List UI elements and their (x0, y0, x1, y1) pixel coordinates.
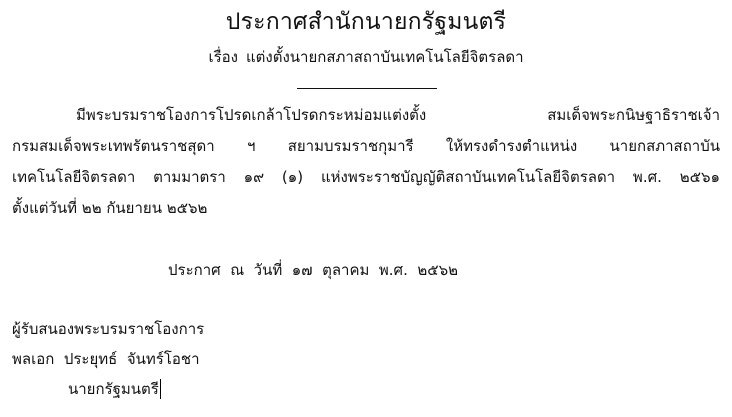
body-line: เทคโนโลยีจิตรลดา ตามมาตรา ๑๙ (๑) แห่งพระ… (12, 162, 720, 193)
body-line: มีพระบรมราชโองการโปรดเกล้าโปรดกระหม่อมแต… (12, 100, 720, 131)
announcement-body: มีพระบรมราชโองการโปรดเกล้าโปรดกระหม่อมแต… (12, 100, 720, 224)
document-subject: เรื่องแต่งตั้งนายกสภาสถาบันเทคโนโลยีจิตร… (0, 45, 732, 69)
countersign-text: ผู้รับสนองพระบรมราชโองการ (12, 314, 204, 344)
body-line: กรมสมเด็จพระเทพรัตนราชสุดา ฯ สยามบรมราชก… (12, 131, 720, 162)
document-page[interactable]: ประกาศสำนักนายกรัฐมนตรี เรื่องแต่งตั้งนา… (0, 0, 732, 417)
signatory-position: นายกรัฐมนตรี (68, 380, 159, 398)
announcement-dateline: ประกาศ ณ วันที่ ๑๗ ตุลาคม พ.ศ. ๒๕๖๒ (168, 256, 458, 284)
signatory-position-line: นายกรัฐมนตรี (12, 374, 204, 404)
document-title: ประกาศสำนักนายกรัฐมนตรี (0, 6, 732, 38)
subject-label: เรื่อง (208, 48, 238, 66)
title-divider (297, 88, 437, 89)
signatory-name: พลเอก ประยุทธ์ จันทร์โอชา (12, 344, 204, 374)
subject-text: แต่งตั้งนายกสภาสถาบันเทคโนโลยีจิตรลดา (246, 48, 524, 66)
body-line: ตั้งแต่วันที่ ๒๒ กันยายน ๒๕๖๒ (12, 193, 720, 224)
text-cursor (160, 379, 161, 399)
signature-block: ผู้รับสนองพระบรมราชโองการ พลเอก ประยุทธ์… (12, 314, 204, 404)
